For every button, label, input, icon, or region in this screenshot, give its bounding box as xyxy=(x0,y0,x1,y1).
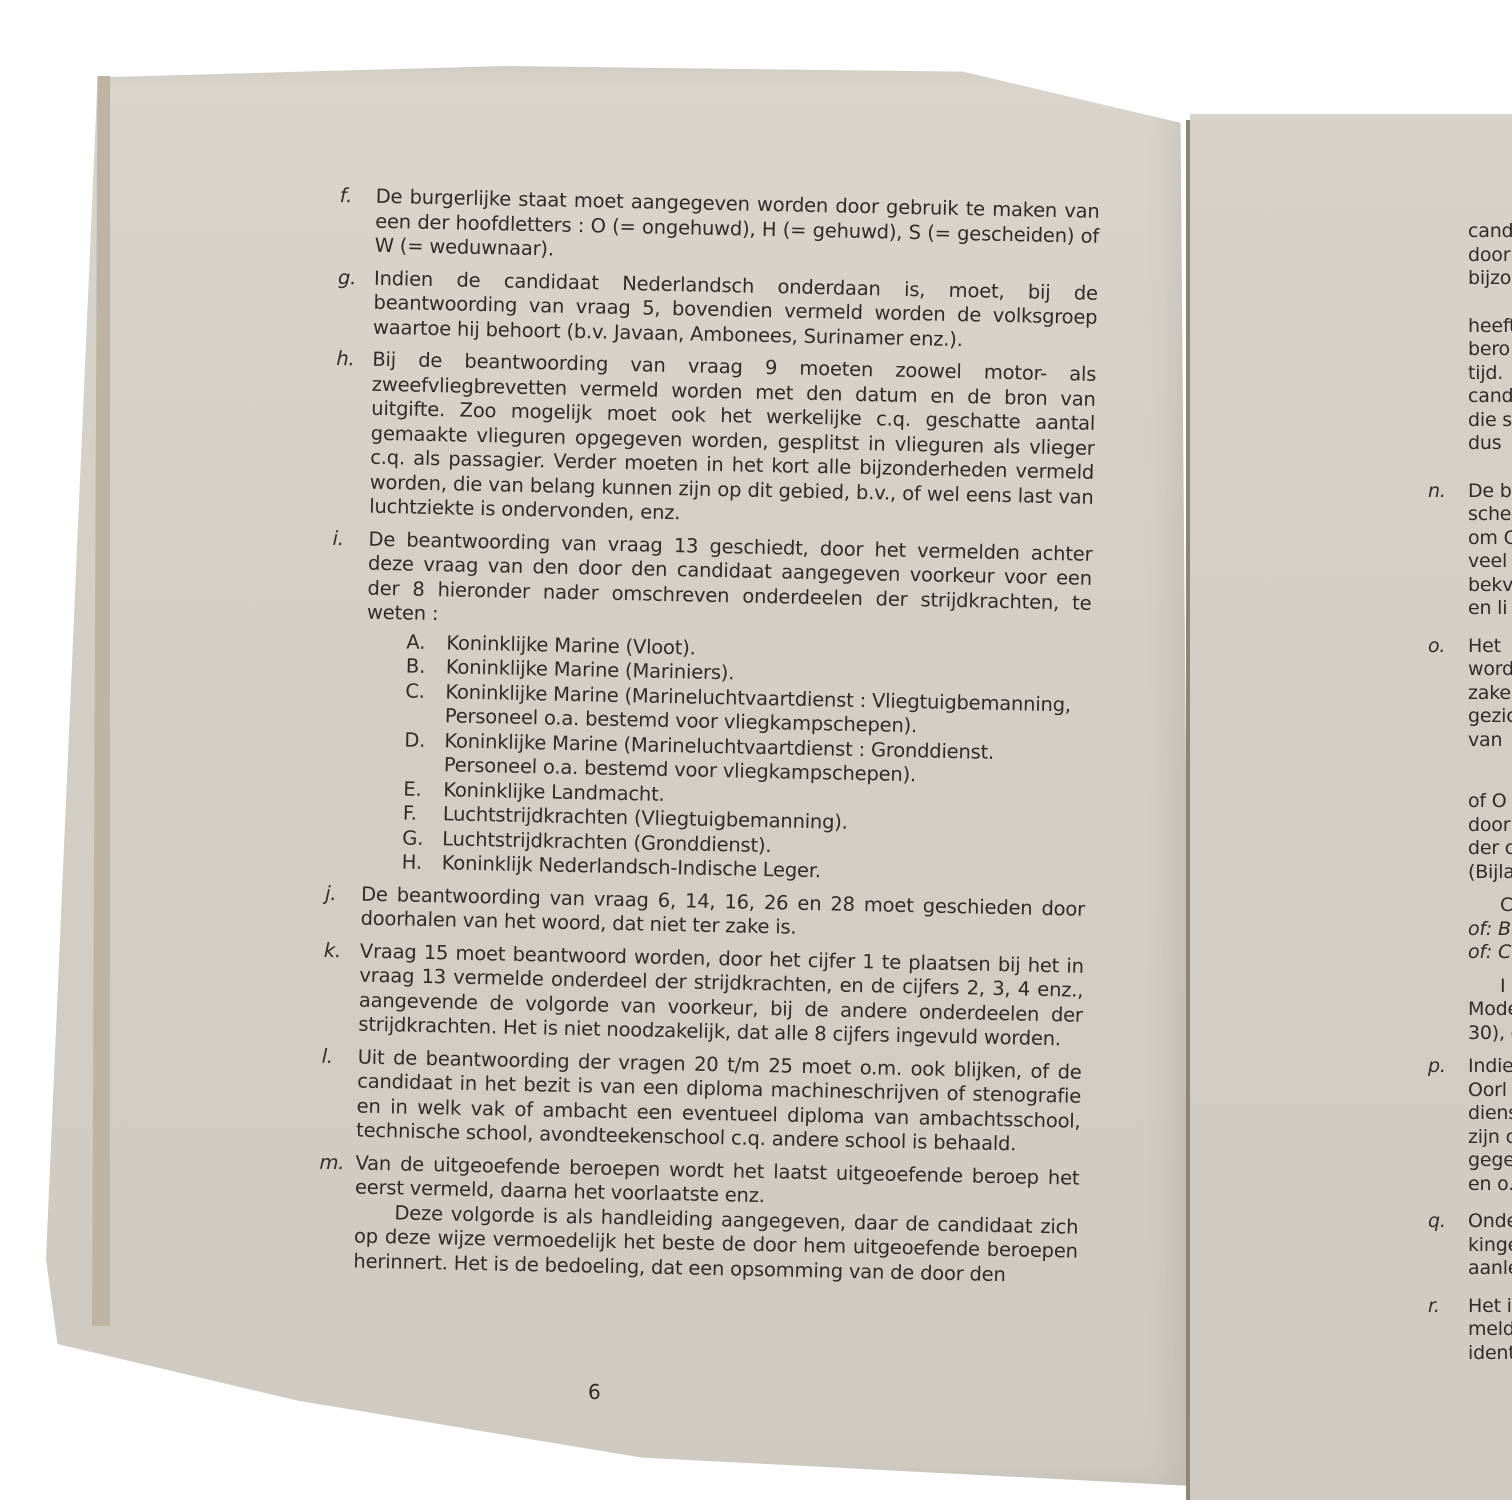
text-line: ident xyxy=(1468,1342,1512,1366)
instruction-item-l: l. Uit de beantwoording der vragen 20 t/… xyxy=(320,1044,1082,1158)
right-item-n: n. De b schep om C veel bekv en li xyxy=(1428,480,1512,621)
text-line: dus xyxy=(1468,432,1512,456)
text-line: bero xyxy=(1468,338,1512,362)
text-line: en o. xyxy=(1468,1173,1512,1197)
text-line: schep xyxy=(1468,503,1512,527)
text-line: om C xyxy=(1468,527,1512,551)
text-line: zijn c xyxy=(1468,1126,1512,1150)
text-line: tijd. xyxy=(1468,362,1512,386)
text-line: Oorl xyxy=(1468,1079,1512,1103)
page-number: 6 xyxy=(588,1380,601,1404)
instruction-item-f: f. De burgerlijke staat moet aangegeven … xyxy=(338,184,1099,273)
list-item-label: G. xyxy=(402,826,423,851)
left-page-text: f. De burgerlijke staat moet aangegeven … xyxy=(317,184,1100,1297)
item-text: Vraag 15 moet beantwoord worden, door he… xyxy=(358,939,1084,1052)
right-paragraph-mid3: I Mode 30), c xyxy=(1428,975,1512,1046)
text-line: van xyxy=(1468,729,1512,753)
text-line: zake xyxy=(1468,682,1512,706)
list-item-label: D. xyxy=(404,728,425,753)
instruction-item-k: k. Vraag 15 moet beantwoord worden, door… xyxy=(322,938,1084,1052)
list-item-text: Koninklijke Landmacht. xyxy=(443,778,665,806)
item-label: p. xyxy=(1428,1055,1446,1079)
right-item-o: o. Het word zake gezic van xyxy=(1428,635,1512,753)
right-paragraph-mid: of O door der c (Bijla xyxy=(1428,790,1512,884)
text-line: De b xyxy=(1468,480,1512,504)
text-line: cand xyxy=(1468,385,1512,409)
instruction-item-m: m. Van de uitgeoefende beroepen wordt he… xyxy=(317,1150,1079,1288)
text-line: 30), c xyxy=(1468,1022,1512,1046)
item-label: g. xyxy=(338,265,369,290)
booklet-spread: f. De burgerlijke staat moet aangegeven … xyxy=(0,0,1512,1512)
right-paragraph-mid2: C of: B of: C xyxy=(1428,894,1512,965)
right-item-p: p. Indie Oorl diens zijn c gegev en o. xyxy=(1428,1055,1512,1196)
text-line: C xyxy=(1468,894,1512,918)
text-line: heeft xyxy=(1468,315,1512,339)
text-line: Mode xyxy=(1468,998,1512,1022)
text-line: melde xyxy=(1468,1318,1512,1342)
item-label: m. xyxy=(319,1150,350,1175)
text-line: Het i xyxy=(1468,1295,1512,1319)
item-label: l. xyxy=(321,1044,352,1069)
right-paragraph-2: heeft bero tijd. cand die s dus xyxy=(1428,315,1512,456)
item-label: n. xyxy=(1428,480,1446,504)
item-label: h. xyxy=(336,347,367,372)
text-line: I xyxy=(1468,975,1512,999)
text-line: (Bijla xyxy=(1468,861,1512,885)
text-line: Onde xyxy=(1468,1210,1512,1234)
item-label: i. xyxy=(332,526,363,551)
item-continuation: Deze volgorde is als handleiding aangege… xyxy=(353,1200,1078,1289)
text-line: cand xyxy=(1468,220,1512,244)
right-paragraph-top: cand door bijzo xyxy=(1428,220,1512,291)
list-item-label: E. xyxy=(403,777,422,802)
instruction-item-i: i. De beantwoording van vraag 13 geschie… xyxy=(326,526,1093,889)
text-line: of: C xyxy=(1468,941,1512,965)
list-item-label: F. xyxy=(403,801,417,826)
instruction-item-h: h. Bij de beantwoording van vraag 9 moet… xyxy=(333,347,1096,534)
list-item-label: B. xyxy=(406,654,426,679)
item-label: f. xyxy=(339,184,370,209)
text-line: Indie xyxy=(1468,1055,1512,1079)
text-line: Het xyxy=(1468,635,1512,659)
text-line: diens xyxy=(1468,1102,1512,1126)
text-line: die s xyxy=(1468,409,1512,433)
item-text: De beantwoording van vraag 6, 14, 16, 26… xyxy=(360,882,1085,946)
text-line: gezic xyxy=(1468,705,1512,729)
text-line: en li xyxy=(1468,597,1512,621)
text-line: of O xyxy=(1468,790,1512,814)
text-line: bekv xyxy=(1468,574,1512,598)
text-line: bijzo xyxy=(1468,267,1512,291)
text-line: veel xyxy=(1468,550,1512,574)
item-label: q. xyxy=(1428,1210,1446,1234)
item-text: Bij de beantwoording van vraag 9 moeten … xyxy=(369,348,1096,535)
list-item-label: A. xyxy=(406,630,425,655)
text-line: der c xyxy=(1468,837,1512,861)
text-line: door xyxy=(1468,814,1512,838)
text-line: kinge xyxy=(1468,1234,1512,1258)
item-label: j. xyxy=(325,881,356,906)
right-item-r: r. Het i melde ident xyxy=(1428,1295,1512,1366)
item-label: k. xyxy=(324,938,355,963)
text-line: word xyxy=(1468,658,1512,682)
text-line: gegev xyxy=(1468,1149,1512,1173)
item-text: De burgerlijke staat moet aangegeven wor… xyxy=(374,185,1099,274)
armed-forces-list: A.Koninklijke Marine (Vloot). B.Koninkli… xyxy=(402,630,1091,889)
text-line: of: B xyxy=(1468,918,1512,942)
instruction-item-j: j. De beantwoording van vraag 6, 14, 16,… xyxy=(324,881,1085,946)
item-text: De beantwoording van vraag 13 geschiedt,… xyxy=(367,527,1093,640)
text-line: door xyxy=(1468,244,1512,268)
item-text: Uit de beantwoording der vragen 20 t/m 2… xyxy=(356,1045,1082,1158)
right-item-q: q. Onde kinge aanlei xyxy=(1428,1210,1512,1281)
right-page-text: cand door bijzo heeft bero tijd. cand di… xyxy=(1428,220,1512,1379)
item-text: Indien de candidaat Nederlandsch onderda… xyxy=(373,266,1098,355)
list-item-label: C. xyxy=(405,679,425,704)
list-item-label: H. xyxy=(402,850,423,875)
item-label: r. xyxy=(1428,1295,1440,1319)
item-label: o. xyxy=(1428,635,1445,659)
list-item-text: Koninklijke Marine (Vloot). xyxy=(446,631,696,659)
instruction-item-g: g. Indien de candidaat Nederlandsch onde… xyxy=(337,265,1098,354)
text-line: aanlei xyxy=(1468,1257,1512,1281)
